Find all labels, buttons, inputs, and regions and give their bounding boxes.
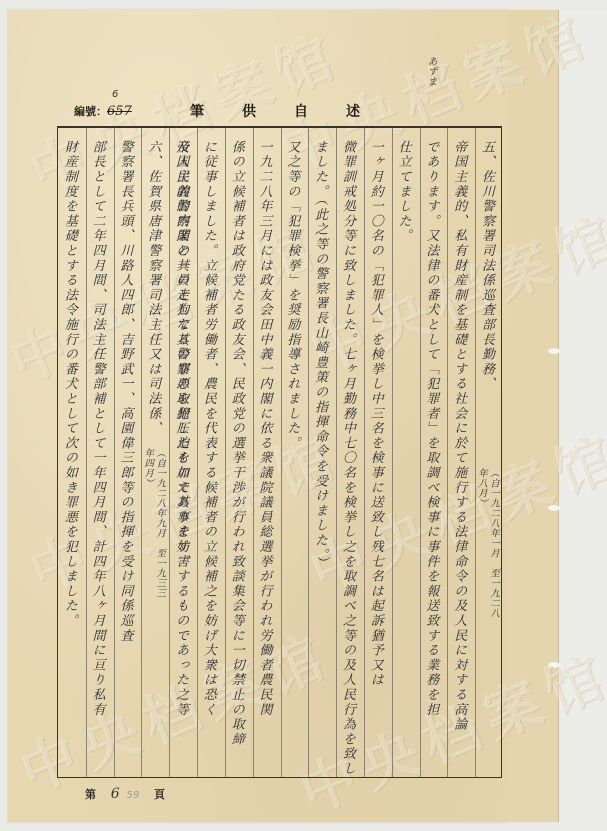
manuscript-column: 帝国主義的、私有財産制を基礎とする社会に於て施行する法律命令の及人民に対する高論 — [446, 140, 472, 732]
title-char: 供 — [242, 101, 256, 121]
scan-margin — [559, 10, 607, 831]
manuscript-column: ました。（此之等の警察署長山崎豊策の指揮命令を受けました。） — [307, 140, 333, 571]
manuscript-column: 一ヶ月約一〇名の「犯罪人」を検挙し中三名を検事に送致し残七名は起訴猶予又は — [363, 140, 389, 688]
manuscript-column: 及人民的警察業の一員として其の罪悪を犯したものであります。 — [168, 140, 194, 569]
title-char: 自 — [294, 101, 308, 121]
page-number-struck: 59 — [126, 790, 139, 801]
manuscript-column: であります。又法律の番犬として「犯罪者」を取調べ検事に事件を報送致する業務を担 — [419, 140, 445, 717]
title-char: 述 — [346, 101, 360, 121]
document-number-label: 編號： — [74, 105, 107, 118]
manuscript-column: 仕立てました。 — [391, 140, 417, 244]
corner-annotation: あずま — [423, 56, 438, 86]
page-number: 6 — [111, 786, 120, 802]
binding-hole — [548, 662, 560, 668]
manuscript-column: 警察署長兵頭、川路人四郎、吉野武一、高園偉三郎等の指揮を受け同係巡査 — [113, 140, 139, 643]
date-range-note: （自一九二八年九月 至一九三三年四月） — [141, 448, 165, 598]
manuscript-column: 財産制度を基礎とする法令施行の番犬として次の如き罪悪を犯しました。 — [57, 140, 83, 628]
manuscript-column: 六、佐賀県唐津警察署司法主任又は司法係、 — [140, 140, 166, 436]
page-footer: 第 6 59 頁 — [85, 786, 165, 802]
footer-prefix: 第 — [85, 786, 96, 802]
manuscript-column: 又之等の「犯罪検挙」を奨励指導されました。 — [280, 140, 306, 451]
manuscript-grid: 五、佐川警察署司法係巡査部長勤務、帝国主義的、私有財産制を基礎とする社会に於て施… — [57, 126, 502, 778]
page-title: 筆 供 自 述 — [190, 101, 360, 121]
document-number-struck: 657 — [107, 104, 132, 119]
document-number-corrected: 6 — [112, 89, 118, 100]
binding-hole — [548, 505, 560, 511]
binding-hole — [548, 348, 560, 354]
date-range-note: （自一九二八年一月 至一九二八年八月） — [475, 468, 499, 618]
manuscript-column: 一九二八年三月には政友会田中義一内閣に依る衆議院議員総選挙が行われ労働者農民関 — [252, 140, 278, 717]
manuscript-column: 五、佐川警察署司法係巡査部長勤務、 — [474, 140, 500, 392]
manuscript-column: 係の立候補者は政府党たる政友会、民政党の選挙干渉が行われ致談集会等に一切禁止の取… — [224, 140, 250, 747]
manuscript-column: 微罪訓戒処分等に致しました。七ヶ月勤務中七〇名を検挙し之を取調べ之等の及人民行為… — [335, 140, 361, 776]
document-page-edge — [508, 10, 559, 822]
document-number: 編號：657 6 — [74, 103, 132, 119]
title-char: 筆 — [190, 101, 204, 121]
manuscript-column: に従事しました。立候補者労働者、農民を代表する候補者の立候補之を妨げ大衆は恐く — [196, 140, 222, 717]
footer-suffix: 頁 — [154, 786, 165, 802]
manuscript-column: 部長として二年四月間、司法主任警部補として一年四月間、計四年八ヶ月間に亘り私有 — [85, 140, 111, 717]
